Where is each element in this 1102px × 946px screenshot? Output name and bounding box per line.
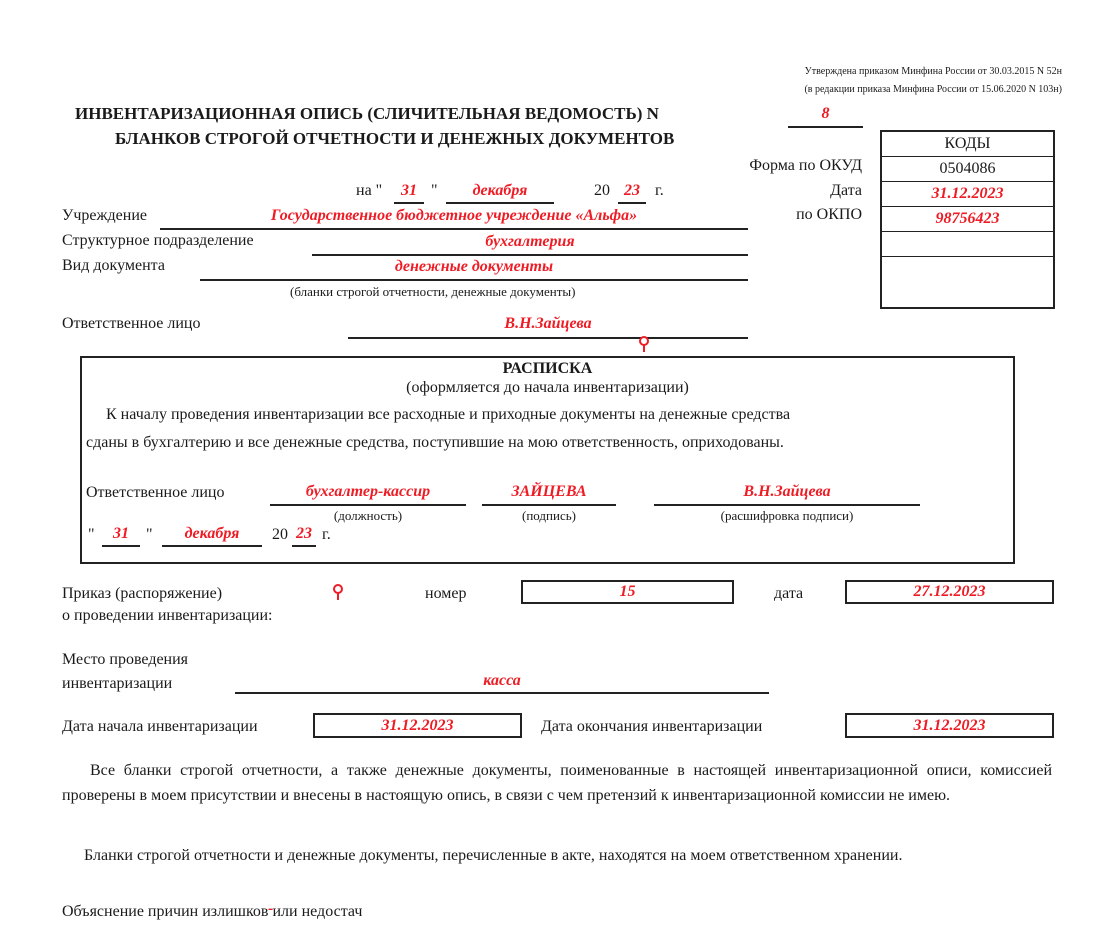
location-pin-icon[interactable] [638, 336, 650, 352]
doc-type-value: денежные документы [395, 258, 553, 275]
receipt-date-open-quote: " [88, 526, 95, 544]
doc-type-field[interactable]: денежные документы [200, 255, 748, 281]
statement-paragraph-1: Все бланки строгой отчетности, а также д… [62, 758, 1052, 808]
okud-label: Форма по ОКУД [749, 157, 862, 175]
receipt-century: 20 [272, 526, 288, 544]
as-of-quote: " [431, 182, 438, 200]
as-of-year-field[interactable]: 23 [618, 180, 646, 204]
receipt-box: РАСПИСКА (оформляется до начала инвентар… [80, 356, 1015, 564]
division-field[interactable]: бухгалтерия [312, 230, 748, 256]
document-title-line1: ИНВЕНТАРИЗАЦИОННАЯ ОПИСЬ (СЛИЧИТЕЛЬНАЯ В… [75, 104, 659, 124]
approval-note-line2: (в редакции приказа Минфина России от 15… [804, 84, 1062, 95]
receipt-text-line1: К началу проведения инвентаризации все р… [106, 406, 790, 424]
explanation-value[interactable]: - [268, 900, 273, 918]
order-number-value: 15 [620, 583, 636, 600]
okpo-label: по ОКПО [796, 206, 862, 224]
end-date-value: 31.12.2023 [914, 717, 986, 734]
receipt-date-close-quote: " [146, 526, 153, 544]
document-title-line2: БЛАНКОВ СТРОГОЙ ОТЧЕТНОСТИ И ДЕНЕЖНЫХ ДО… [115, 129, 674, 149]
place-field[interactable]: касса [235, 670, 769, 694]
order-number-label: номер [425, 585, 466, 603]
date-label: Дата [830, 182, 862, 200]
as-of-month-field[interactable]: декабря [446, 180, 554, 204]
receipt-position-hint: (должность) [270, 508, 466, 524]
receipt-decoding-value: В.Н.Зайцева [743, 483, 830, 500]
receipt-text-line2: сданы в бухгалтерию и все денежные средс… [86, 434, 784, 452]
as-of-day: 31 [401, 182, 417, 199]
receipt-month: декабря [185, 525, 240, 542]
receipt-month-field[interactable]: декабря [162, 523, 262, 547]
institution-label: Учреждение [62, 207, 147, 225]
date-code[interactable]: 31.12.2023 [882, 182, 1053, 207]
receipt-day: 31 [113, 525, 129, 542]
okud-code: 0504086 [882, 157, 1053, 182]
statement-paragraph-2: Бланки строгой отчетности и денежные док… [62, 843, 1052, 868]
receipt-year: 23 [296, 525, 312, 542]
receipt-year-field[interactable]: 23 [292, 523, 316, 547]
codes-header: КОДЫ [882, 132, 1053, 157]
order-date-field[interactable]: 27.12.2023 [845, 580, 1054, 604]
as-of-year: 23 [624, 182, 640, 199]
receipt-decoding-hint: (расшифровка подписи) [654, 508, 920, 524]
receipt-title: РАСПИСКА [82, 360, 1013, 378]
as-of-month: декабря [473, 182, 528, 199]
start-date-field[interactable]: 31.12.2023 [313, 713, 522, 738]
receipt-position-field[interactable]: бухгалтер-кассир [270, 480, 466, 506]
doc-type-label: Вид документа [62, 257, 165, 275]
as-of-century: 20 [594, 182, 610, 200]
division-value: бухгалтерия [485, 233, 574, 250]
receipt-decoding-field[interactable]: В.Н.Зайцева [654, 480, 920, 506]
document-number-field[interactable]: 8 [788, 102, 863, 128]
explanation-label: Объяснение причин излишков или недостач [62, 903, 362, 921]
receipt-subtitle: (оформляется до начала инвентаризации) [82, 379, 1013, 397]
as-of-suffix: г. [655, 182, 664, 200]
receipt-person-label: Ответственное лицо [86, 484, 224, 502]
place-label-line2: инвентаризации [62, 675, 172, 693]
order-number-field[interactable]: 15 [521, 580, 734, 604]
document-number: 8 [822, 105, 830, 122]
receipt-position-value: бухгалтер-кассир [306, 483, 430, 500]
order-label-line1: Приказ (распоряжение) [62, 585, 222, 603]
receipt-date-suffix: г. [322, 526, 331, 544]
codes-table: КОДЫ 0504086 31.12.2023 98756423 [880, 130, 1055, 309]
doc-type-hint: (бланки строгой отчетности, денежные док… [290, 284, 575, 300]
receipt-signature-hint: (подпись) [482, 508, 616, 524]
end-date-field[interactable]: 31.12.2023 [845, 713, 1054, 738]
order-date-value: 27.12.2023 [914, 583, 986, 600]
institution-value: Государственное бюджетное учреждение «Ал… [271, 207, 637, 224]
place-value: касса [483, 672, 521, 689]
okpo-code[interactable]: 98756423 [882, 207, 1053, 232]
codes-empty-row[interactable] [882, 232, 1053, 257]
receipt-signature-field[interactable]: ЗАЙЦЕВА [482, 480, 616, 506]
approval-note-line1: Утверждена приказом Минфина России от 30… [805, 66, 1062, 77]
responsible-label: Ответственное лицо [62, 315, 200, 333]
place-label-line1: Место проведения [62, 651, 188, 669]
receipt-signature-value: ЗАЙЦЕВА [511, 483, 586, 500]
responsible-value: В.Н.Зайцева [504, 315, 591, 332]
as-of-prefix: на " [356, 182, 382, 200]
location-pin-icon[interactable] [332, 584, 344, 600]
responsible-field[interactable]: В.Н.Зайцева [348, 311, 748, 339]
end-date-label: Дата окончания инвентаризации [541, 718, 762, 736]
start-date-label: Дата начала инвентаризации [62, 718, 258, 736]
receipt-day-field[interactable]: 31 [102, 523, 140, 547]
division-label: Структурное подразделение [62, 232, 254, 250]
start-date-value: 31.12.2023 [382, 717, 454, 734]
as-of-day-field[interactable]: 31 [394, 180, 424, 204]
order-date-label: дата [774, 585, 803, 603]
codes-empty-row-tall[interactable] [882, 257, 1053, 307]
institution-field[interactable]: Государственное бюджетное учреждение «Ал… [160, 204, 748, 230]
order-label-line2: о проведении инвентаризации: [62, 607, 273, 625]
